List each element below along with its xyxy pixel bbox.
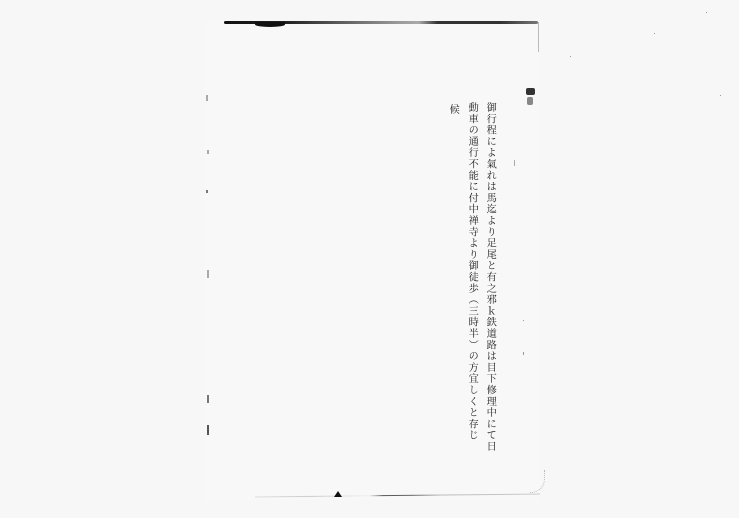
scan-speck bbox=[523, 320, 524, 321]
page-bottom-corner-curl bbox=[530, 470, 545, 493]
scan-speck bbox=[654, 33, 655, 34]
page-top-edge-mark bbox=[255, 22, 285, 27]
scan-speck bbox=[207, 395, 209, 403]
scan-speck bbox=[720, 95, 721, 96]
scan-speck bbox=[706, 12, 707, 13]
scan-speck bbox=[207, 425, 209, 435]
scan-speck bbox=[207, 270, 209, 278]
scan-speck bbox=[206, 95, 208, 101]
page-right-edge bbox=[538, 22, 539, 52]
scan-speck bbox=[523, 352, 524, 355]
scan-speck bbox=[207, 150, 209, 154]
ink-stamp-mark bbox=[525, 88, 537, 108]
text-column-1: 御行程によ氣れは馬迄より足尾と有之邪ｋ鉄道路は目下修理中にて日 bbox=[484, 102, 494, 452]
scan-speck bbox=[206, 190, 208, 193]
page-bottom-mark bbox=[334, 491, 342, 497]
scan-speck bbox=[514, 160, 515, 166]
scan-speck bbox=[570, 56, 571, 57]
scanned-page-background: 御行程によ氣れは馬迄より足尾と有之邪ｋ鉄道路は目下修理中にて日 動車の通行不能に… bbox=[0, 0, 739, 518]
text-column-2: 動車の通行不能に付中禅寺より御徒歩（三時半）の方宜しくと存じ bbox=[466, 102, 476, 441]
text-column-3: 候 bbox=[447, 104, 457, 115]
